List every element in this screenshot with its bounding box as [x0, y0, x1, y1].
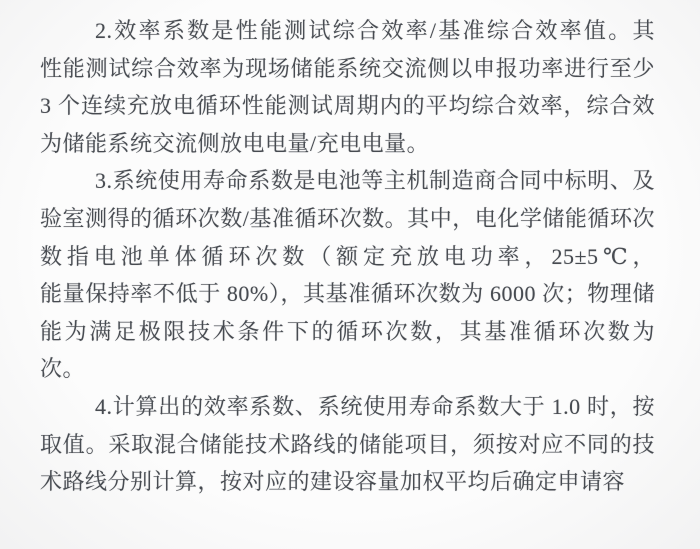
p2-line-2: 性能测试综合效率为现场储能系统交流侧以申报功率进行至少: [40, 50, 655, 88]
p2-line-1: 2.效率系数是性能测试综合效率/基准综合效率值。其中，: [40, 12, 655, 50]
p4-line-2: 取值。采取混合储能技术路线的储能项目，须按对应不同的技: [40, 426, 655, 464]
p4-line-3: 术路线分别计算，按对应的建设容量加权平均后确定申请容量。: [40, 463, 655, 501]
p3-line-2: 验室测得的循环次数/基准循环次数。其中，电化学储能循环次: [40, 200, 655, 238]
p2-line-3: 3 个连续充放电循环性能测试周期内的平均综合效率，综合效率: [40, 87, 655, 125]
p4-line-1: 4.计算出的效率系数、系统使用寿命系数大于 1.0 时，按 1.0: [40, 388, 655, 426]
paragraph-2: 2.效率系数是性能测试综合效率/基准综合效率值。其中， 性能测试综合效率为现场储…: [40, 12, 655, 162]
paragraph-4: 4.计算出的效率系数、系统使用寿命系数大于 1.0 时，按 1.0 取值。采取混…: [40, 388, 655, 501]
p2-line-4: 为储能系统交流侧放电电量/充电电量。: [40, 125, 655, 163]
document-page: 2.效率系数是性能测试综合效率/基准综合效率值。其中， 性能测试综合效率为现场储…: [0, 0, 700, 549]
p3-line-6: 次。: [40, 350, 655, 388]
paragraph-3: 3.系统使用寿命系数是电池等主机制造商合同中标明、及实 验室测得的循环次数/基准…: [40, 162, 655, 388]
p3-line-3: 数指电池单体循环次数（额定充放电功率，25±5℃，100%DOD，: [40, 238, 655, 276]
p3-line-1: 3.系统使用寿命系数是电池等主机制造商合同中标明、及实: [40, 162, 655, 200]
p3-line-4: 能量保持率不低于 80%），其基准循环次数为 6000 次；物理储: [40, 275, 655, 313]
p3-line-5: 能为满足极限技术条件下的循环次数，其基准循环次数为 18000: [40, 313, 655, 351]
